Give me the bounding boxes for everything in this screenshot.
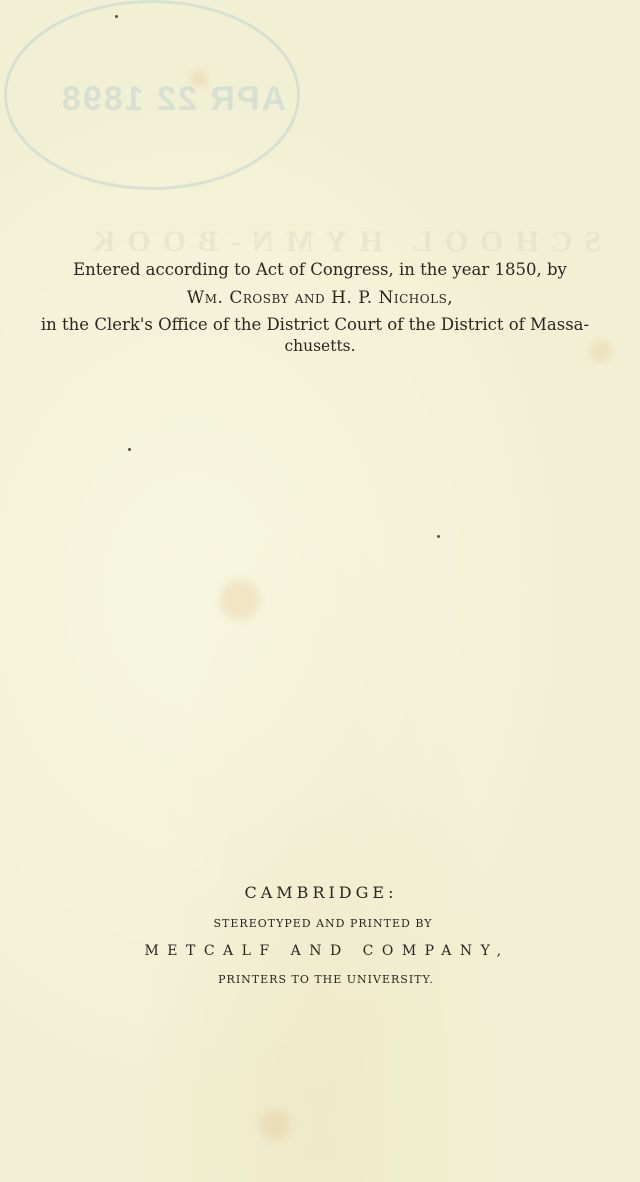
imprint-company: METCALF AND COMPANY, [14,943,640,959]
speck [437,535,440,538]
speck [115,15,118,18]
stain [190,70,208,88]
imprint-stereotyped: STEREOTYPED AND PRINTED BY [6,917,640,930]
speck [128,448,131,451]
imprint-city: CAMBRIDGE: [2,883,640,902]
printer-imprint: CAMBRIDGE: STEREOTYPED AND PRINTED BY ME… [0,883,640,986]
stamp-text: APR 22 1898 [60,80,286,119]
copyright-line-1: Entered according to Act of Congress, in… [0,262,640,279]
copyright-holders: Wm. Crosby and H. P. Nichols, [0,290,640,307]
scanned-page: APR 22 1898 SCHOOL HYMN-BOOK Entered acc… [0,0,640,1182]
stain [260,1110,290,1140]
copyright-line-3: in the Clerk's Office of the District Co… [0,317,640,334]
bleed-through-text: SCHOOL HYMN-BOOK [80,225,601,259]
stain [220,580,260,620]
copyright-line-4: chusetts. [0,339,640,355]
imprint-printers: PRINTERS TO THE UNIVERSITY. [12,973,640,986]
copyright-notice: Entered according to Act of Congress, in… [0,262,640,355]
